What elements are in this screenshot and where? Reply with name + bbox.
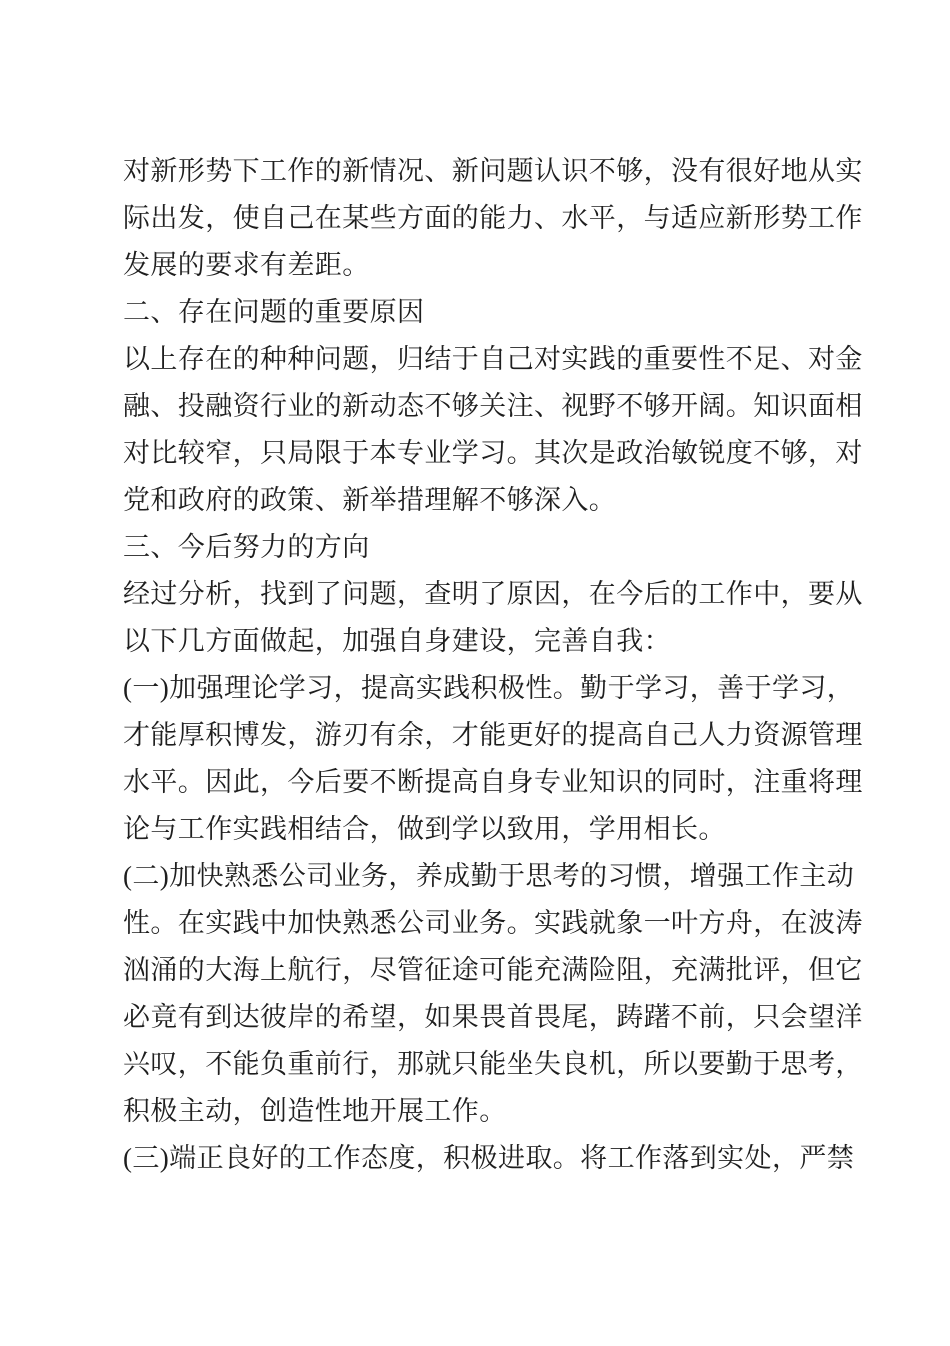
document-page: 对新形势下工作的新情况、新问题认识不够，没有很好地从实际出发，使自己在某些方面的… bbox=[0, 0, 950, 1346]
text-line: 汹涌的大海上航行，尽管征途可能充满险阻，充满批评，但它 bbox=[123, 947, 839, 994]
text-line: 三、今后努力的方向 bbox=[123, 524, 839, 571]
text-line: 性。在实践中加快熟悉公司业务。实践就象一叶方舟，在波涛 bbox=[123, 900, 839, 947]
text-line: 对比较窄，只局限于本专业学习。其次是政治敏锐度不够，对 bbox=[123, 430, 839, 477]
text-line: 才能厚积博发，游刃有余，才能更好的提高自己人力资源管理 bbox=[123, 712, 839, 759]
text-line: 以下几方面做起，加强自身建设，完善自我： bbox=[123, 618, 839, 665]
text-line: 对新形势下工作的新情况、新问题认识不够，没有很好地从实 bbox=[123, 148, 839, 195]
text-line: 论与工作实践相结合，做到学以致用，学用相长。 bbox=[123, 806, 839, 853]
text-line: 发展的要求有差距。 bbox=[123, 242, 839, 289]
text-line: 经过分析，找到了问题，查明了原因，在今后的工作中，要从 bbox=[123, 571, 839, 618]
text-line: 二、存在问题的重要原因 bbox=[123, 289, 839, 336]
text-line: (一)加强理论学习，提高实践积极性。勤于学习，善于学习， bbox=[123, 665, 839, 712]
text-line: 以上存在的种种问题，归结于自己对实践的重要性不足、对金 bbox=[123, 336, 839, 383]
text-line: (二)加快熟悉公司业务，养成勤于思考的习惯，增强工作主动 bbox=[123, 853, 839, 900]
text-line: 际出发，使自己在某些方面的能力、水平，与适应新形势工作 bbox=[123, 195, 839, 242]
text-line: 水平。因此，今后要不断提高自身专业知识的同时，注重将理 bbox=[123, 759, 839, 806]
text-line: 积极主动，创造性地开展工作。 bbox=[123, 1088, 839, 1135]
text-line: 必竟有到达彼岸的希望，如果畏首畏尾，踌躇不前，只会望洋 bbox=[123, 994, 839, 1041]
text-line: 党和政府的政策、新举措理解不够深入。 bbox=[123, 477, 839, 524]
text-line: 兴叹，不能负重前行，那就只能坐失良机，所以要勤于思考， bbox=[123, 1041, 839, 1088]
text-line: 融、投融资行业的新动态不够关注、视野不够开阔。知识面相 bbox=[123, 383, 839, 430]
document-text-block: 对新形势下工作的新情况、新问题认识不够，没有很好地从实际出发，使自己在某些方面的… bbox=[123, 148, 839, 1182]
text-line: (三)端正良好的工作态度，积极进取。将工作落到实处，严禁 bbox=[123, 1135, 839, 1182]
